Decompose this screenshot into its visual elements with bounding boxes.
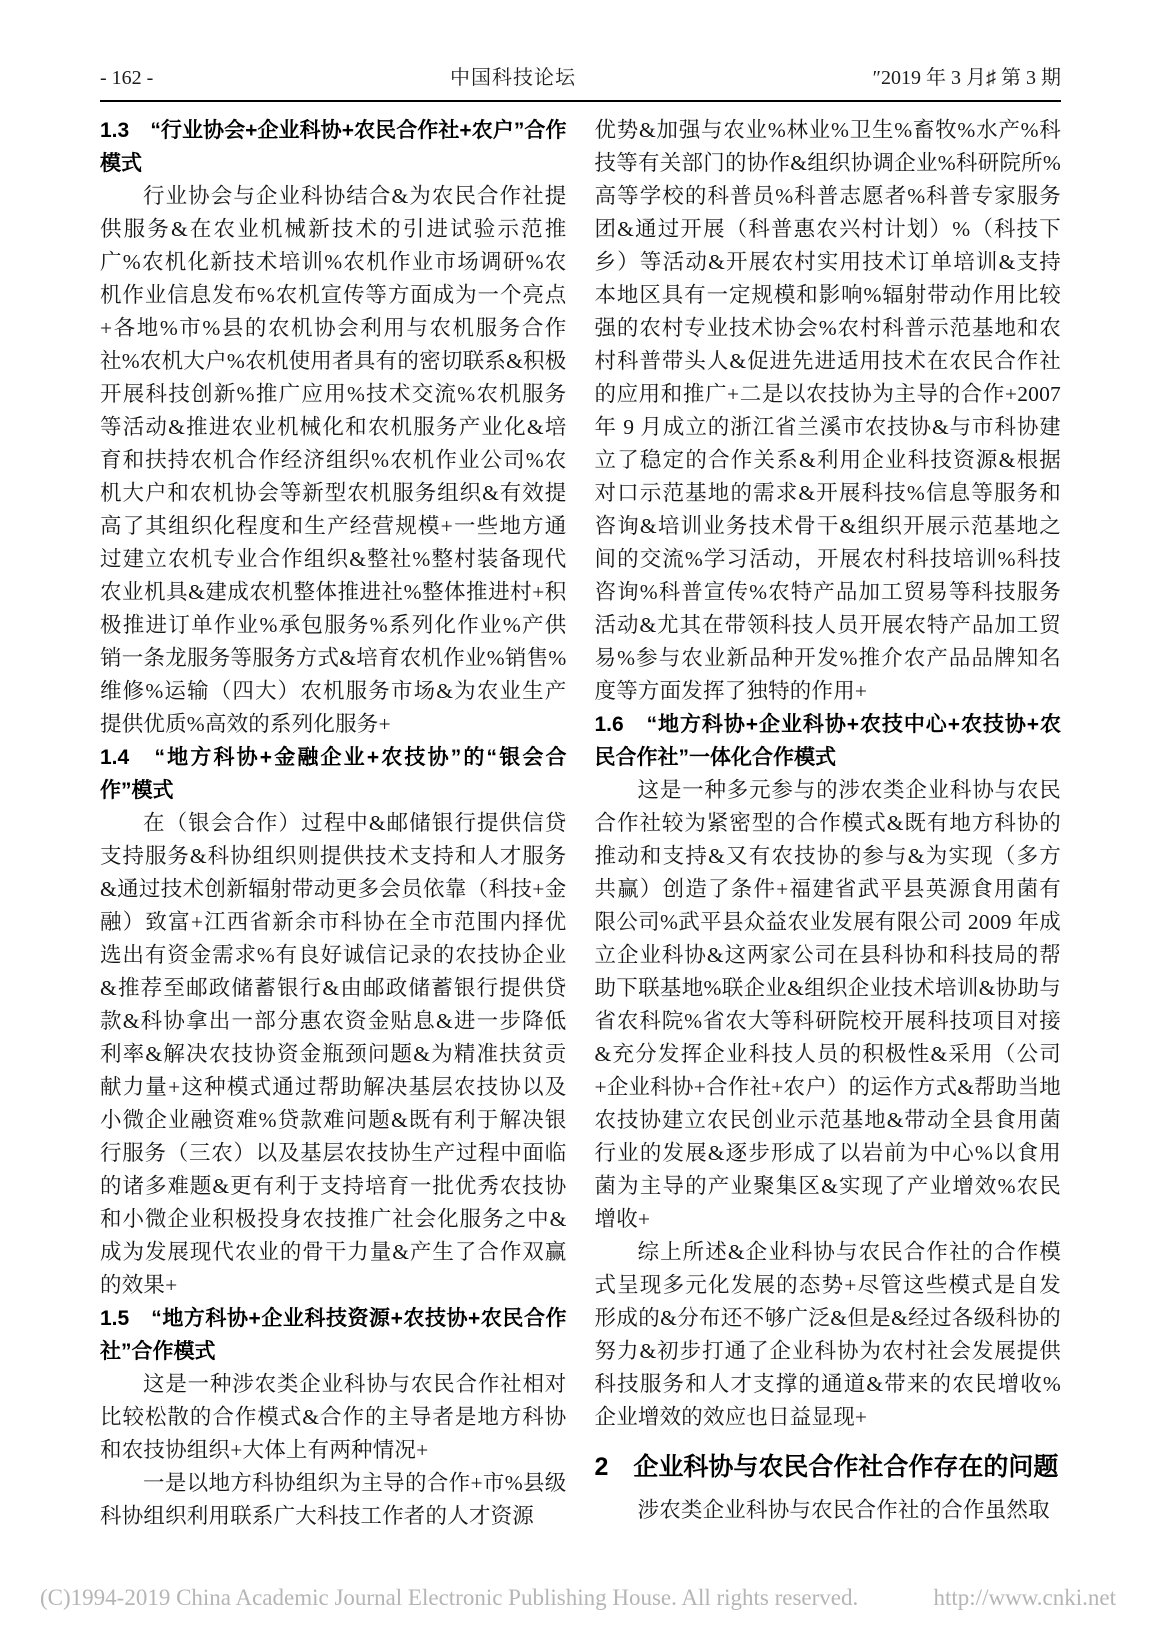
page-body: 1.3 “行业协会+企业科协+农民合作社+农户”合作模式行业协会与企业科协结合&…	[0, 102, 1161, 1533]
column-left: 1.3 “行业协会+企业科协+农民合作社+农户”合作模式行业协会与企业科协结合&…	[100, 114, 567, 1533]
page-number: - 162 -	[100, 66, 153, 90]
body-paragraph: 在（银会合作）过程中&邮储银行提供信贷支持服务&科协组织则提供技术支持和人才服务…	[100, 807, 567, 1302]
cnki-url: http://www.cnki.net	[934, 1585, 1116, 1611]
body-paragraph: 综上所述&企业科协与农民合作社的合作模式呈现多元化发展的态势+尽管这些模式是自发…	[595, 1236, 1062, 1434]
issue-info: ″2019 年 3 月♯ 第 3 期	[873, 66, 1061, 90]
body-paragraph: 这是一种涉农类企业科协与农民合作社相对比较松散的合作模式&合作的主导者是地方科协…	[100, 1368, 567, 1467]
body-paragraph: 涉农类企业科协与农民合作社的合作虽然取	[595, 1494, 1062, 1527]
body-paragraph: 这是一种多元参与的涉农类企业科协与农民合作社较为紧密型的合作模式&既有地方科协的…	[595, 774, 1062, 1236]
copyright-notice: (C)1994-2019 China Academic Journal Elec…	[40, 1585, 858, 1611]
subsection-heading: 1.4 “地方科协+金融企业+农技协”的“银会合作”模式	[100, 741, 567, 807]
running-head: - 162 - 中国科技论坛 ″2019 年 3 月♯ 第 3 期	[0, 0, 1161, 90]
body-paragraph: 优势&加强与农业%林业%卫生%畜牧%水产%科技等有关部门的协作&组织协调企业%科…	[595, 114, 1062, 708]
subsection-heading: 1.5 “地方科协+企业科技资源+农技协+农民合作社”合作模式	[100, 1302, 567, 1368]
section-heading: 2 企业科协与农民合作社合作存在的问题	[595, 1448, 1062, 1486]
journal-page: - 162 - 中国科技论坛 ″2019 年 3 月♯ 第 3 期 1.3 “行…	[0, 0, 1161, 1643]
subsection-heading: 1.3 “行业协会+企业科协+农民合作社+农户”合作模式	[100, 114, 567, 180]
body-paragraph: 一是以地方科协组织为主导的合作+市%县级科协组织利用联系广大科技工作者的人才资源	[100, 1467, 567, 1533]
journal-title: 中国科技论坛	[450, 66, 576, 90]
column-right: 优势&加强与农业%林业%卫生%畜牧%水产%科技等有关部门的协作&组织协调企业%科…	[595, 114, 1062, 1533]
subsection-heading: 1.6 “地方科协+企业科协+农技中心+农技协+农民合作社”一体化合作模式	[595, 708, 1062, 774]
body-paragraph: 行业协会与企业科协结合&为农民合作社提供服务&在农业机械新技术的引进试验示范推广…	[100, 180, 567, 741]
page-footer: (C)1994-2019 China Academic Journal Elec…	[40, 1585, 1116, 1611]
